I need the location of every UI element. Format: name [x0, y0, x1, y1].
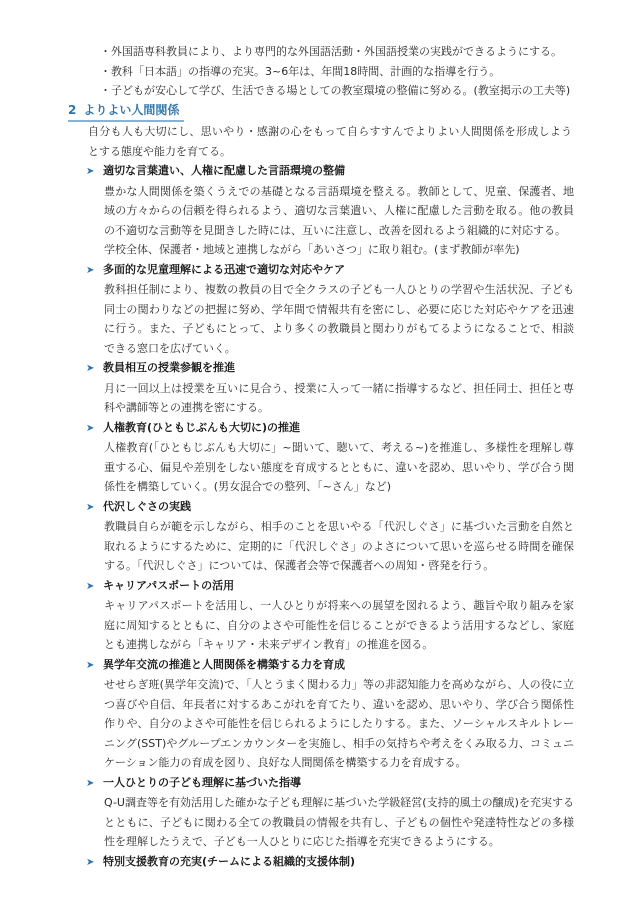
item-paragraph: 人権教育(「ひともじぶんも大切に」~聞いて、聴いて、考える~)を推進し、多様性を… [104, 438, 574, 497]
arrow-bullet-icon: ➤ [86, 162, 103, 182]
item-heading-text: 異学年交流の推進と人間関係を構築する力を育成 [103, 655, 345, 675]
item-paragraph: 月に一回以上は授業を互いに見合う、授業に入って一緒に指導するなど、担任同士、担任… [104, 379, 574, 418]
section-number: 2 [68, 103, 76, 117]
arrow-bullet-icon: ➤ [86, 498, 103, 518]
document-page: ・外国語専科教員により、より専門的な外国語活動・外国語授業の実践ができるようにす… [0, 0, 640, 905]
item-heading-text: 代沢しぐさの実践 [103, 497, 191, 517]
top-bullet-line: ・教科「日本語」の指導の充実。3~6年は、年間18時間、計画的な指導を行う。 [100, 62, 576, 82]
item-heading: ➤ 代沢しぐさの実践 [86, 497, 576, 518]
item-heading: ➤ 多面的な児童理解による迅速で適切な対応やケア [86, 260, 576, 281]
item-heading-text: キャリアパスポートの活用 [103, 576, 234, 596]
item-heading: ➤ 特別支援教育の充実(チームによる組織的支援体制) [86, 852, 576, 873]
item-heading-text: 特別支援教育の充実(チームによる組織的支援体制) [103, 852, 355, 872]
plan-item: ➤ 代沢しぐさの実践 教職員自らが範を示しながら、相手のことを思いやる「代沢しぐ… [68, 497, 576, 576]
item-heading: ➤ 適切な言葉遣い、人権に配慮した言語環境の整備 [86, 161, 576, 182]
arrow-bullet-icon: ➤ [86, 261, 103, 281]
item-paragraph: 豊かな人間関係を築くうえでの基礎となる言語環境を整える。教師として、児童、保護者… [104, 182, 574, 241]
item-paragraph: 教職員自らが範を示しながら、相手のことを思いやる「代沢しぐさ」に基づいた言動を自… [104, 517, 574, 576]
item-heading: ➤ キャリアパスポートの活用 [86, 576, 576, 597]
arrow-bullet-icon: ➤ [86, 656, 103, 676]
item-heading: ➤ 一人ひとりの子ども理解に基づいた指導 [86, 773, 576, 794]
plan-item: ➤ 一人ひとりの子ども理解に基づいた指導 Q-U調査等を有効活用した確かな子ども… [68, 773, 576, 852]
arrow-bullet-icon: ➤ [86, 419, 103, 439]
item-heading-text: 多面的な児童理解による迅速で適切な対応やケア [103, 260, 345, 280]
plan-item: ➤ 人権教育(ひともじぶんも大切に)の推進 人権教育(「ひともじぶんも大切に」~… [68, 418, 576, 497]
section-intro: 自分も人も大切にし、思いやり・感謝の心をもって自らすすんでよりよい人間関係を形成… [88, 122, 572, 161]
plan-item: ➤ 異学年交流の推進と人間関係を構築する力を育成 せせらぎ班(異学年交流)で、「… [68, 655, 576, 773]
section-heading-underlined: 2よりよい人間関係 [68, 101, 184, 123]
plan-item: ➤ 多面的な児童理解による迅速で適切な対応やケア 教科担任制により、複数の教員の… [68, 260, 576, 359]
plan-item: ➤ キャリアパスポートの活用 キャリアパスポートを活用し、一人ひとりが将来への展… [68, 576, 576, 655]
arrow-bullet-icon: ➤ [86, 359, 103, 379]
section-title: よりよい人間関係 [83, 103, 179, 117]
item-paragraph: Q-U調査等を有効活用した確かな子ども理解に基づいた学級経営(支持的風土の醸成)… [104, 793, 574, 852]
item-paragraph: 学校全体、保護者・地域と連携しながら「あいさつ」に取り組む。(まず教師が率先) [104, 240, 574, 260]
item-heading: ➤ 教員相互の授業参観を推進 [86, 358, 576, 379]
item-heading-text: 人権教育(ひともじぶんも大切に)の推進 [103, 418, 300, 438]
section-heading: 2よりよい人間関係 [68, 101, 576, 123]
item-heading: ➤ 異学年交流の推進と人間関係を構築する力を育成 [86, 655, 576, 676]
item-paragraph: 教科担任制により、複数の教員の目で全クラスの子ども一人ひとりの学習や生活状況、子… [104, 280, 574, 358]
top-bullet-line: ・子どもが安心して学び、生活できる場としての教室環境の整備に努める。(教室掲示の… [100, 81, 576, 101]
arrow-bullet-icon: ➤ [86, 577, 103, 597]
item-heading: ➤ 人権教育(ひともじぶんも大切に)の推進 [86, 418, 576, 439]
item-heading-text: 適切な言葉遣い、人権に配慮した言語環境の整備 [103, 161, 345, 181]
plan-item: ➤ 教員相互の授業参観を推進 月に一回以上は授業を互いに見合う、授業に入って一緒… [68, 358, 576, 418]
item-paragraph: キャリアパスポートを活用し、一人ひとりが将来への展望を図れるよう、趣旨や取り組み… [104, 596, 574, 655]
item-heading-text: 一人ひとりの子ども理解に基づいた指導 [103, 773, 301, 793]
plan-item: ➤ 特別支援教育の充実(チームによる組織的支援体制) [68, 852, 576, 873]
item-paragraph: せせらぎ班(異学年交流)で、「人とうまく関わる力」等の非認知能力を高めながら、人… [104, 675, 574, 773]
item-heading-text: 教員相互の授業参観を推進 [103, 358, 235, 378]
top-bullet-line: ・外国語専科教員により、より専門的な外国語活動・外国語授業の実践ができるようにす… [100, 42, 576, 62]
arrow-bullet-icon: ➤ [86, 853, 103, 873]
plan-item: ➤ 適切な言葉遣い、人権に配慮した言語環境の整備 豊かな人間関係を築くうえでの基… [68, 161, 576, 260]
arrow-bullet-icon: ➤ [86, 774, 103, 794]
